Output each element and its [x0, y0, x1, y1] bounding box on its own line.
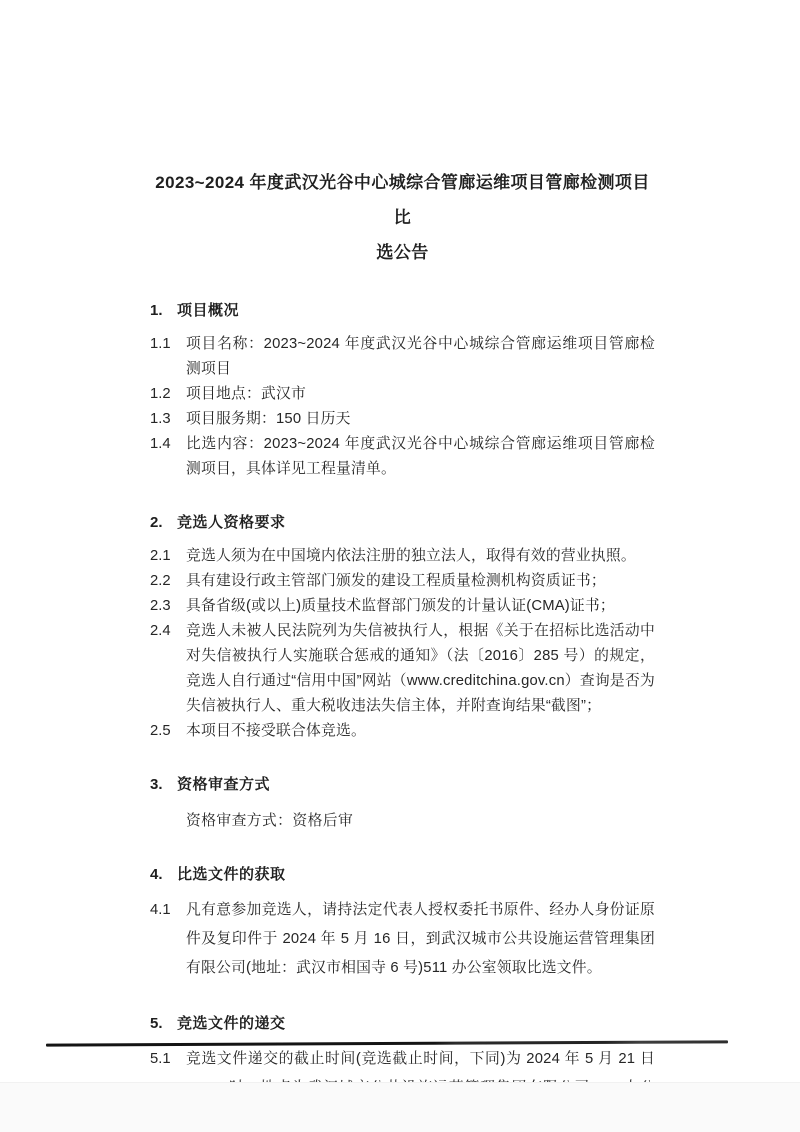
item-text: 具有建设行政主管部门颁发的建设工程质量检测机构资质证书；: [186, 569, 655, 594]
list-item: 2.4 竞选人未被人民法院列为失信被执行人，根据《关于在招标比选活动中对失信被执…: [150, 619, 655, 719]
list-item: 1.3 项目服务期：150 日历天: [150, 407, 655, 432]
item-text: 竞选人未被人民法院列为失信被执行人，根据《关于在招标比选活动中对失信被执行人实施…: [186, 619, 655, 719]
section-heading: 5. 竞选文件的递交: [150, 1011, 655, 1036]
section-heading: 1. 项目概况: [150, 298, 655, 323]
item-text: 竞选人须为在中国境内依法注册的独立法人，取得有效的营业执照。: [186, 544, 655, 569]
item-text: 项目地点：武汉市: [186, 382, 655, 407]
item-number: 2.4: [150, 619, 186, 719]
section-paragraph: 资格审查方式：资格后审: [150, 809, 655, 834]
item-number: 1.3: [150, 407, 186, 432]
item-number: 1.4: [150, 432, 186, 482]
list-item: 2.2 具有建设行政主管部门颁发的建设工程质量检测机构资质证书；: [150, 569, 655, 594]
item-number: 2.5: [150, 719, 186, 744]
scan-bottom-band: [0, 1082, 800, 1132]
section-items: 2.1 竞选人须为在中国境内依法注册的独立法人，取得有效的营业执照。 2.2 具…: [150, 544, 655, 744]
section-qualification-review: 3. 资格审查方式 资格审查方式：资格后审: [150, 772, 655, 834]
section-document-obtainment: 4. 比选文件的获取 4.1 凡有意参加竞选人，请持法定代表人授权委托书原件、经…: [150, 862, 655, 983]
list-item: 4.1 凡有意参加竞选人，请持法定代表人授权委托书原件、经办人身份证原件及复印件…: [150, 896, 655, 983]
section-title: 竞选人资格要求: [177, 510, 655, 535]
item-number: 2.2: [150, 569, 186, 594]
item-number: 1.1: [150, 332, 186, 382]
section-number: 2.: [150, 510, 177, 535]
section-project-overview: 1. 项目概况 1.1 项目名称：2023~2024 年度武汉光谷中心城综合管廊…: [150, 298, 655, 482]
section-heading: 2. 竞选人资格要求: [150, 510, 655, 535]
item-text: 项目名称：2023~2024 年度武汉光谷中心城综合管廊运维项目管廊检测项目: [186, 332, 655, 382]
list-item: 1.1 项目名称：2023~2024 年度武汉光谷中心城综合管廊运维项目管廊检测…: [150, 332, 655, 382]
item-number: 1.2: [150, 382, 186, 407]
item-number: 2.1: [150, 544, 186, 569]
section-number: 3.: [150, 772, 177, 797]
section-bidder-qualifications: 2. 竞选人资格要求 2.1 竞选人须为在中国境内依法注册的独立法人，取得有效的…: [150, 510, 655, 744]
list-item: 2.1 竞选人须为在中国境内依法注册的独立法人，取得有效的营业执照。: [150, 544, 655, 569]
section-heading: 3. 资格审查方式: [150, 772, 655, 797]
scanned-document-page: 2023~2024 年度武汉光谷中心城综合管廊运维项目管廊检测项目比 选公告 1…: [0, 0, 800, 1132]
item-text: 比选内容：2023~2024 年度武汉光谷中心城综合管廊运维项目管廊检测项目，具…: [186, 432, 655, 482]
item-number: 4.1: [150, 896, 186, 983]
section-number: 1.: [150, 298, 177, 323]
item-text: 项目服务期：150 日历天: [186, 407, 655, 432]
document-title: 2023~2024 年度武汉光谷中心城综合管廊运维项目管廊检测项目比 选公告: [150, 0, 655, 270]
section-title: 项目概况: [177, 298, 655, 323]
item-text: 本项目不接受联合体竞选。: [186, 719, 655, 744]
section-title: 竞选文件的递交: [177, 1011, 655, 1036]
list-item: 2.5 本项目不接受联合体竞选。: [150, 719, 655, 744]
list-item: 1.2 项目地点：武汉市: [150, 382, 655, 407]
section-heading: 4. 比选文件的获取: [150, 862, 655, 887]
item-number: 2.3: [150, 594, 186, 619]
item-text: 凡有意参加竞选人，请持法定代表人授权委托书原件、经办人身份证原件及复印件于 20…: [186, 896, 655, 983]
section-title: 比选文件的获取: [177, 862, 655, 887]
section-items: 4.1 凡有意参加竞选人，请持法定代表人授权委托书原件、经办人身份证原件及复印件…: [150, 896, 655, 983]
document-title-line-2: 选公告: [150, 235, 655, 270]
section-number: 5.: [150, 1011, 177, 1036]
list-item: 1.4 比选内容：2023~2024 年度武汉光谷中心城综合管廊运维项目管廊检测…: [150, 432, 655, 482]
section-number: 4.: [150, 862, 177, 887]
section-items: 1.1 项目名称：2023~2024 年度武汉光谷中心城综合管廊运维项目管廊检测…: [150, 332, 655, 482]
list-item: 2.3 具备省级(或以上)质量技术监督部门颁发的计量认证(CMA)证书；: [150, 594, 655, 619]
document-title-line-1: 2023~2024 年度武汉光谷中心城综合管廊运维项目管廊检测项目比: [150, 165, 655, 235]
section-title: 资格审查方式: [177, 772, 655, 797]
document-content: 2023~2024 年度武汉光谷中心城综合管廊运维项目管廊检测项目比 选公告 1…: [150, 0, 655, 1132]
item-text: 具备省级(或以上)质量技术监督部门颁发的计量认证(CMA)证书；: [186, 594, 655, 619]
